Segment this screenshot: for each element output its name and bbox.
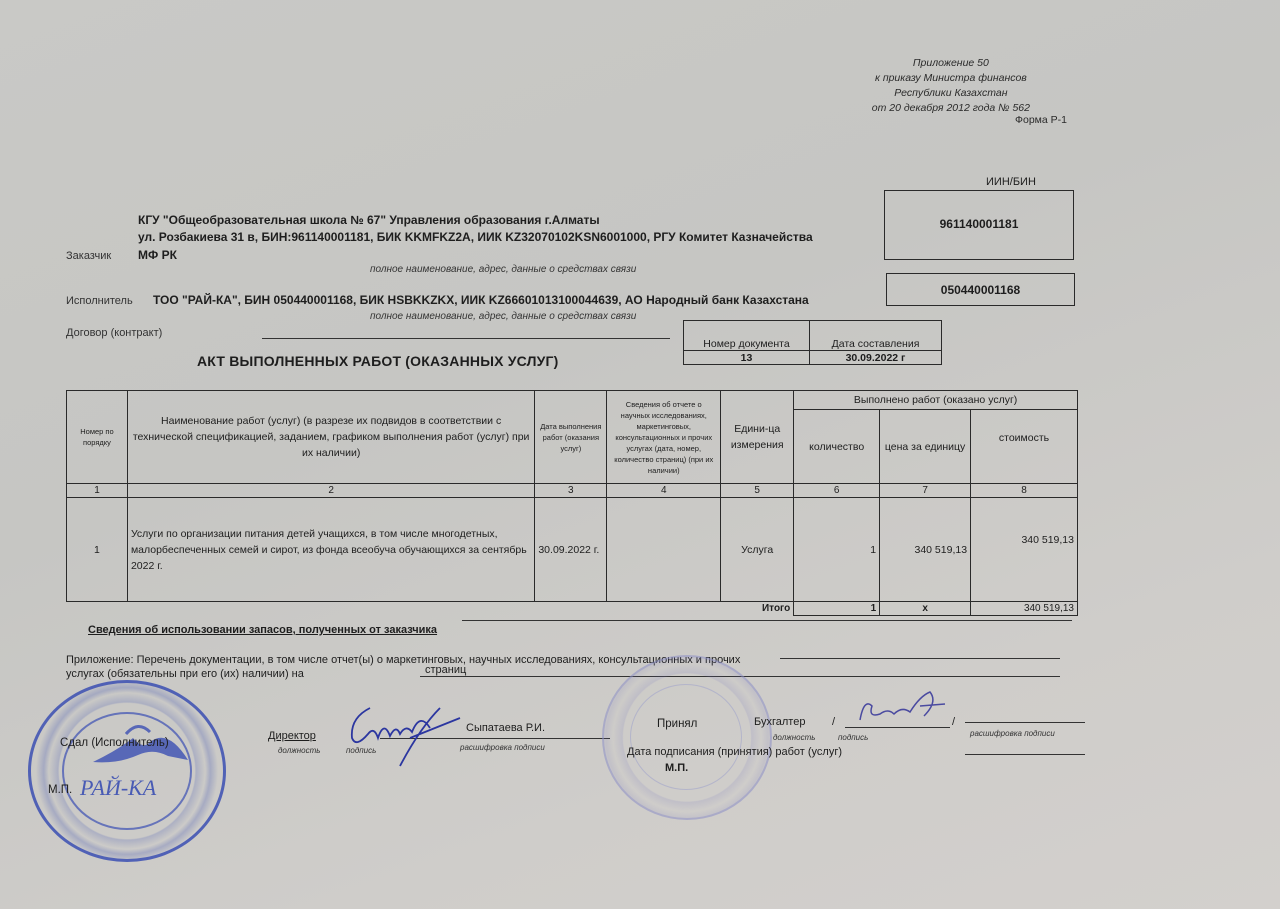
customer-caption: полное наименование, адрес, данные о сре…: [370, 264, 636, 275]
stock-info-line: [462, 620, 1072, 621]
document-number-label: Номер документа: [684, 321, 810, 351]
appendix-line: к приказу Министра финансов: [872, 71, 1030, 86]
document-date-label: Дата составления: [810, 321, 942, 351]
accepted-signature-caption: подпись: [838, 733, 868, 742]
total-price: x: [880, 602, 971, 616]
customer-address-cont: МФ РК: [138, 248, 177, 262]
accountant-signature: [850, 688, 950, 728]
contractor-caption: полное наименование, адрес, данные о сре…: [370, 311, 636, 322]
handed-position-caption: должность: [278, 746, 320, 755]
document-info-table: Номер документа Дата составления 13 30.0…: [683, 320, 942, 365]
attachment-text: Приложение: Перечень документации, в том…: [66, 654, 740, 666]
table-row: 1 Услуги по организации питания детей уч…: [67, 498, 1078, 602]
works-table: Номер по порядку Наименование работ (усл…: [66, 390, 1078, 616]
total-cost: 340 519,13: [971, 602, 1078, 616]
contract-label: Договор (контракт): [66, 327, 162, 339]
stamp-logo-text: РАЙ-КА: [80, 775, 156, 801]
row-qty: 1: [794, 498, 880, 602]
stock-info-label: Сведения об использовании запасов, получ…: [88, 624, 437, 636]
header-cost: стоимость: [971, 410, 1078, 484]
handed-position: Директор: [268, 730, 316, 742]
row-name: Услуги по организации питания детей учащ…: [127, 498, 534, 602]
separator-slash: /: [952, 716, 955, 728]
header-qty: количество: [794, 410, 880, 484]
iin-bin-label: ИИН/БИН: [986, 176, 1036, 188]
director-signature: [340, 698, 470, 770]
form-code: Форма Р-1: [1015, 114, 1067, 126]
handed-seal: М.П.: [48, 784, 72, 796]
contractor-bin-box: 050440001168: [886, 273, 1075, 306]
column-number: 5: [721, 484, 794, 498]
column-number: 8: [971, 484, 1078, 498]
column-numbers-row: 1 2 3 4 5 6 7 8: [67, 484, 1078, 498]
row-no: 1: [67, 498, 128, 602]
row-report: [607, 498, 721, 602]
handed-name: Сыпатаева Р.И.: [466, 722, 545, 734]
attachment-pages-label: страниц: [425, 664, 466, 676]
accepted-seal: М.П.: [665, 762, 688, 774]
column-number: 3: [535, 484, 607, 498]
appendix-reference: Приложение 50 к приказу Министра финансо…: [872, 56, 1030, 116]
attachment-line: [780, 658, 1060, 659]
column-number: 7: [880, 484, 971, 498]
handed-name-caption: расшифровка подписи: [460, 743, 545, 752]
header-unit: Едини-ца измерения: [721, 391, 794, 484]
row-unit: Услуга: [721, 498, 794, 602]
column-number: 4: [607, 484, 721, 498]
column-number: 2: [127, 484, 534, 498]
accepted-label: Принял: [657, 718, 697, 730]
accepted-date-label: Дата подписания (принятия) работ (услуг): [627, 746, 842, 758]
attachment-text-cont: услугах (обязательны при его (их) наличи…: [66, 668, 304, 680]
customer-bin-box: 961140001181: [884, 190, 1074, 260]
row-date: 30.09.2022 г.: [535, 498, 607, 602]
contract-field-line: [262, 338, 670, 339]
accepted-position: Бухгалтер: [754, 716, 805, 728]
header-done-group: Выполнено работ (оказано услуг): [794, 391, 1078, 410]
appendix-line: Республики Казахстан: [872, 86, 1030, 101]
accepted-name-line: [965, 722, 1085, 723]
accepted-position-caption: должность: [773, 733, 815, 742]
accepted-name-caption: расшифровка подписи: [970, 729, 1055, 738]
header-report: Сведения об отчете о научных исследовани…: [607, 391, 721, 484]
customer-label: Заказчик: [66, 250, 111, 262]
total-qty: 1: [794, 602, 880, 616]
accepted-date-line: [965, 754, 1085, 755]
document-number: 13: [684, 351, 810, 365]
header-name: Наименование работ (услуг) (в разрезе их…: [127, 391, 534, 484]
header-date: Дата выполнения работ (оказания услуг): [535, 391, 607, 484]
header-no: Номер по порядку: [67, 391, 128, 484]
page-title: АКТ ВЫПОЛНЕННЫХ РАБОТ (ОКАЗАННЫХ УСЛУГ): [197, 353, 559, 369]
appendix-line: Приложение 50: [872, 56, 1030, 71]
column-number: 1: [67, 484, 128, 498]
appendix-line: от 20 декабря 2012 года № 562: [872, 101, 1030, 116]
handed-label: Сдал (Исполнитель): [60, 737, 169, 749]
customer-name: КГУ "Общеобразовательная школа № 67" Упр…: [138, 213, 600, 227]
contractor-details: ТОО "РАЙ-КА", БИН 050440001168, БИК HSBK…: [153, 293, 809, 307]
customer-stamp-inner: [630, 684, 742, 790]
row-cost: 340 519,13: [971, 498, 1078, 602]
contractor-label: Исполнитель: [66, 295, 133, 307]
separator-slash: /: [832, 716, 835, 728]
header-price: цена за единицу: [880, 410, 971, 484]
total-row: Итого 1 x 340 519,13: [67, 602, 1078, 616]
customer-address: ул. Розбакиева 31 в, БИН:961140001181, Б…: [138, 230, 813, 244]
row-price: 340 519,13: [880, 498, 971, 602]
column-number: 6: [794, 484, 880, 498]
total-label: Итого: [721, 602, 794, 616]
document-date: 30.09.2022 г: [810, 351, 942, 365]
